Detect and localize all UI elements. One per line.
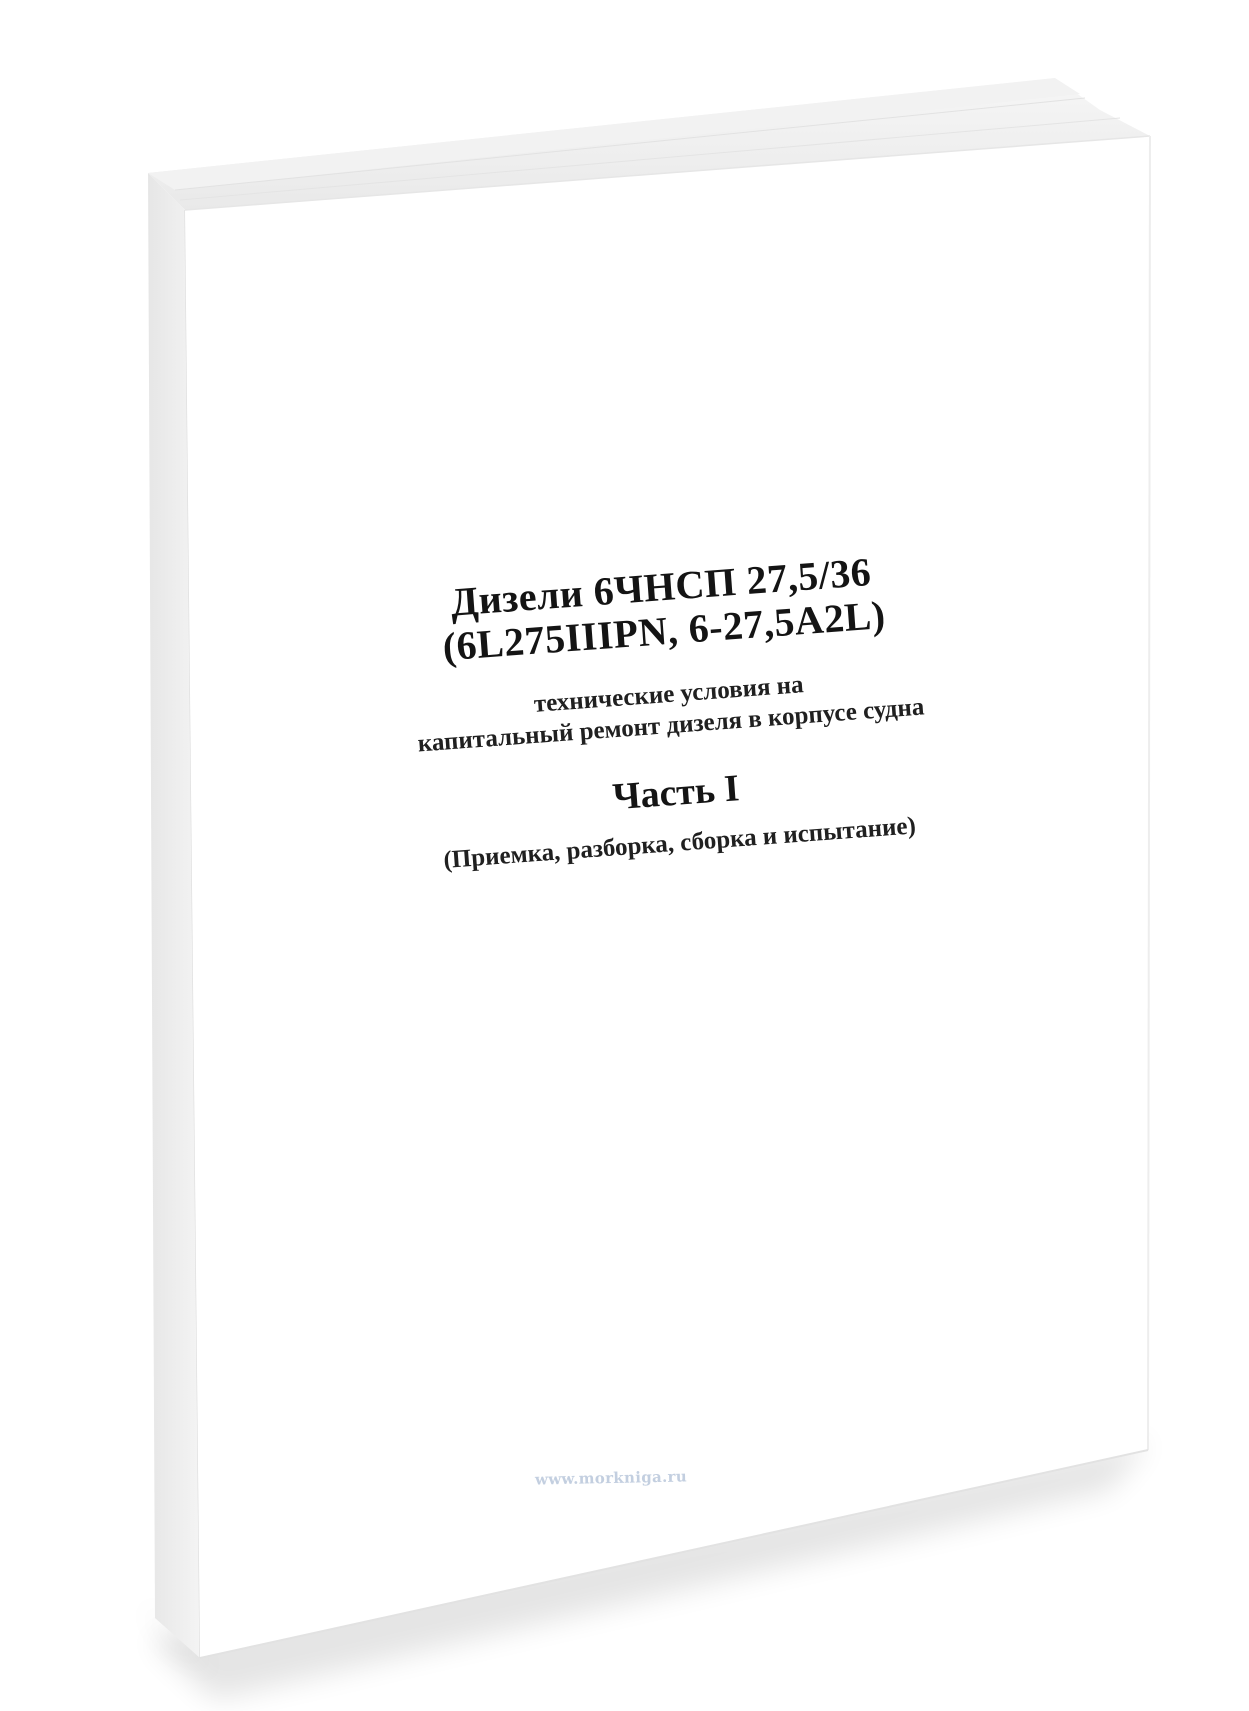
- book-mockup: Дизели 6ЧНСП 27,5/36 (6L275IIIPN, 6-27,5…: [0, 0, 1249, 1711]
- watermark: www.morkniga.ru: [535, 1467, 687, 1488]
- front-cover: [185, 136, 1150, 1658]
- cover-text-block: Дизели 6ЧНСП 27,5/36 (6L275IIIPN, 6-27,5…: [290, 538, 1050, 885]
